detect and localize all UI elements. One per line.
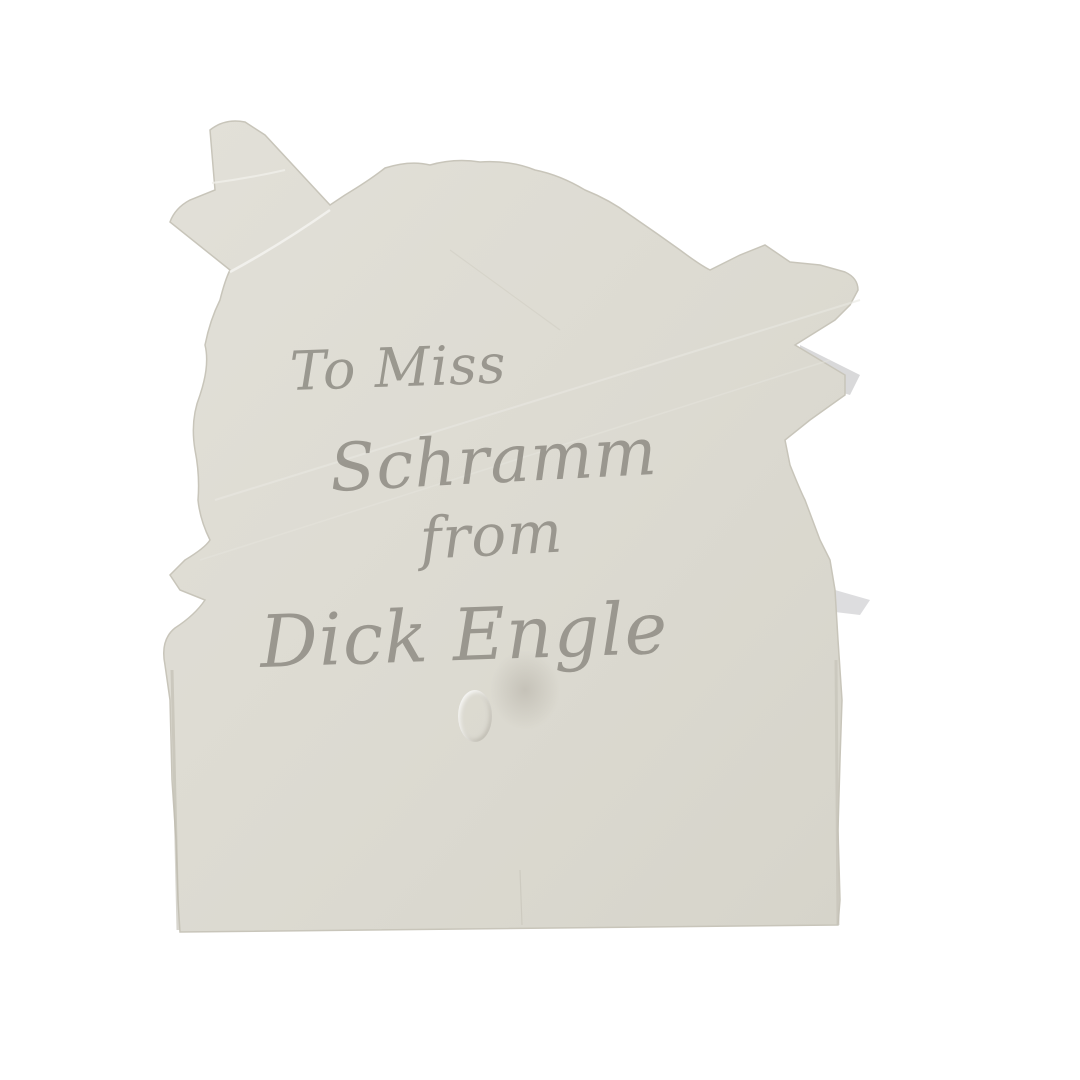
inscription-line-4: Dick Engle <box>259 586 670 684</box>
card-photo: To Miss Schramm from Dick Engle <box>0 0 1080 1080</box>
inscription-line-3: from <box>418 498 564 573</box>
inscription-line-1: To Miss <box>289 332 508 403</box>
embossed-oval <box>458 690 492 742</box>
